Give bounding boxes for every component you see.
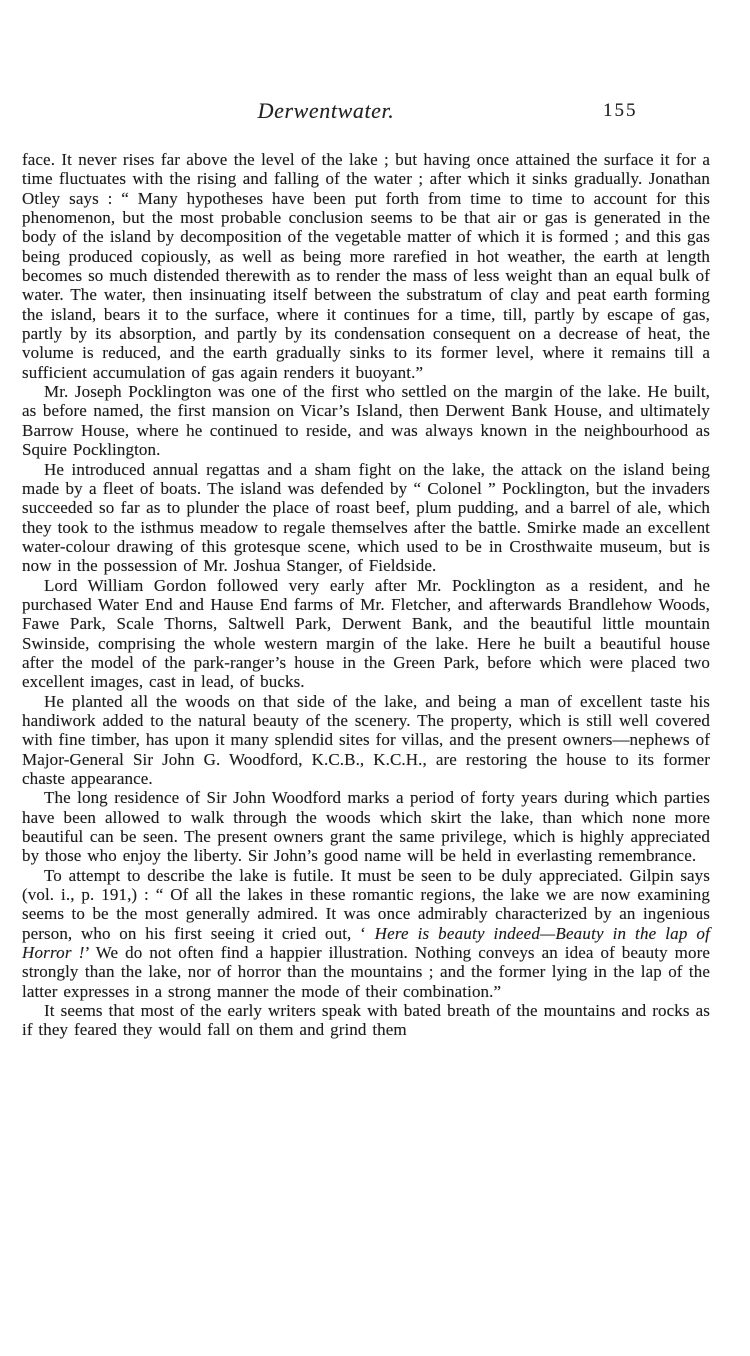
paragraph-text: Lord William Gordon followed very early … [22,576,710,692]
paragraph-lord-william-gordon: Lord William Gordon followed very early … [22,576,710,692]
paragraph-text: He planted all the woods on that side of… [22,692,710,788]
paragraph-gilpin-quote: To attempt to describe the lake is futil… [22,866,710,1001]
paragraph-text: It seems that most of the early writers … [22,1001,710,1039]
paragraph-joseph-pocklington: Mr. Joseph Pocklington was one of the fi… [22,382,710,459]
paragraph-island-gas-theory: face. It never rises far above the level… [22,150,710,382]
paragraph-text: ’ We do not often find a happier illustr… [22,943,710,1001]
paragraph-text: Mr. Joseph Pocklington was one of the fi… [22,382,710,459]
page-title: Derwentwater. [22,98,630,124]
running-head: Derwentwater. 155 [22,98,710,128]
paragraph-sir-john-woodford: The long residence of Sir John Woodford … [22,788,710,865]
book-page: Derwentwater. 155 face. It never rises f… [0,0,750,1356]
paragraph-text: The long residence of Sir John Woodford … [22,788,710,865]
paragraph-regattas-sham-fight: He introduced annual regattas and a sham… [22,460,710,576]
paragraph-early-writers: It seems that most of the early writers … [22,1001,710,1040]
page-number: 155 [603,100,638,122]
paragraph-text: face. It never rises far above the level… [22,150,710,382]
paragraph-planted-woods: He planted all the woods on that side of… [22,692,710,789]
body-text: face. It never rises far above the level… [22,150,710,1040]
paragraph-text: He introduced annual regattas and a sham… [22,460,710,576]
